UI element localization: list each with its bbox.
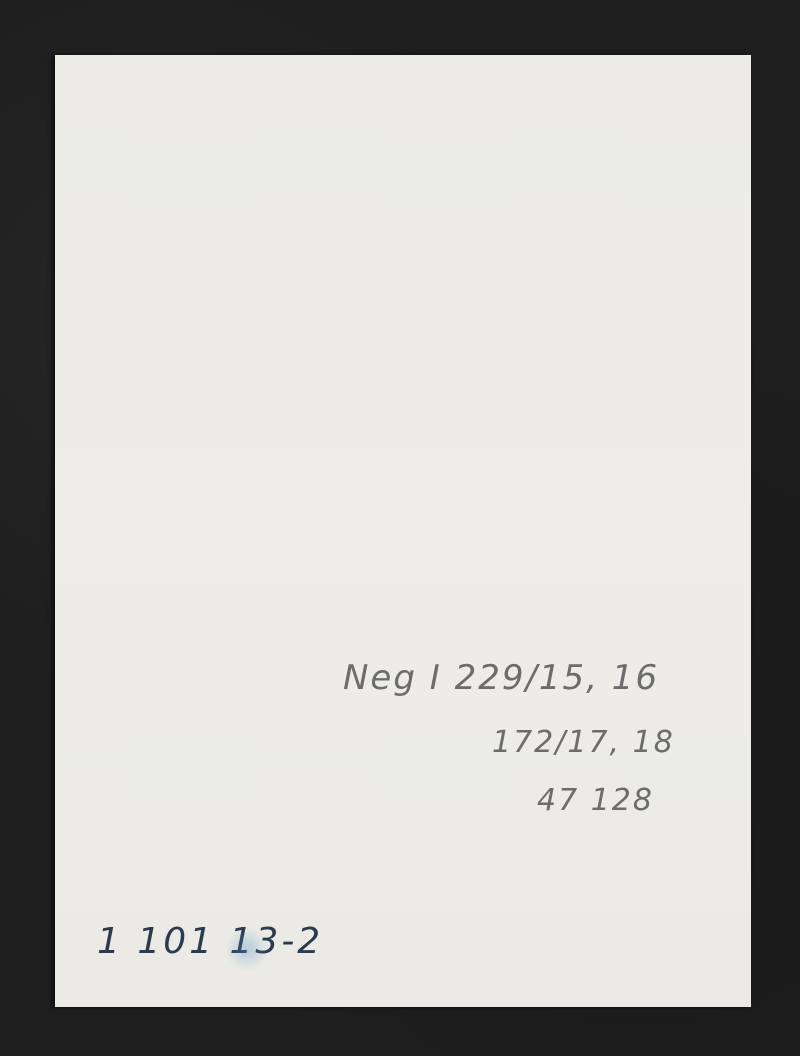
archive-inventory-number: 1 101 13-2 (97, 921, 323, 962)
archive-inventory-number-text: 1 101 13-2 (97, 921, 323, 962)
negative-reference-line-1: Neg I 229/15, 16 (343, 658, 659, 698)
negative-reference-line-2: 172/17, 18 (492, 725, 675, 760)
photo-card-back: Neg I 229/15, 16 172/17, 18 47 128 1 101… (55, 55, 751, 1007)
negative-reference-line-3: 47 128 (537, 783, 654, 818)
